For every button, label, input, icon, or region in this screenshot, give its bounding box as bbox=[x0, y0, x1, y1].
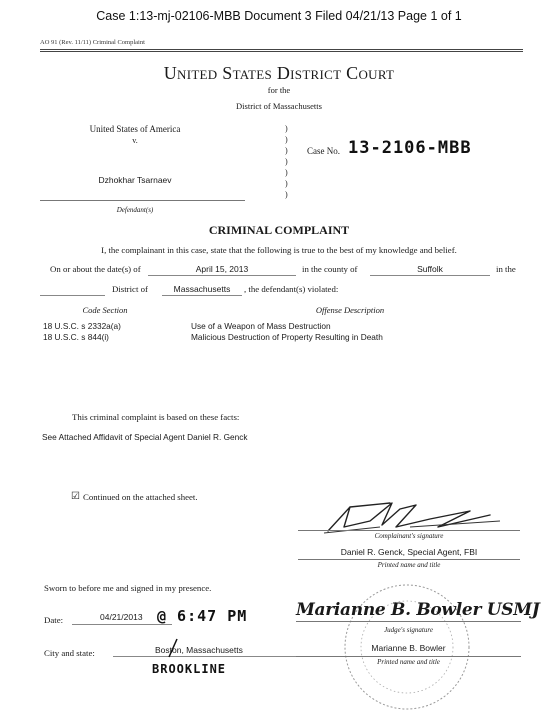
offense-date: April 15, 2013 bbox=[148, 264, 296, 274]
defendant-rule bbox=[40, 200, 245, 201]
city-handwritten-correction: BROOKLINE bbox=[152, 662, 226, 676]
city-state-blank bbox=[113, 656, 296, 657]
complainant-signature-label: Complainant's signature bbox=[298, 532, 520, 540]
city-state-label: City and state: bbox=[44, 648, 95, 658]
sworn-time-handwritten: @ 6:47 PM bbox=[157, 607, 247, 625]
code-section-cell: 18 U.S.C. s 2332a(a) bbox=[43, 321, 121, 331]
filing-header: Case 1:13-mj-02106-MBB Document 3 Filed … bbox=[0, 9, 558, 23]
case-number-label: Case No. bbox=[307, 146, 340, 156]
county-value: Suffolk bbox=[370, 264, 490, 274]
facts-intro: This criminal complaint is based on thes… bbox=[72, 412, 239, 422]
defendant-name: Dzhokhar Tsarnaev bbox=[60, 175, 210, 185]
case-number-value: 13-2106-MBB bbox=[348, 138, 472, 158]
versus: v. bbox=[60, 136, 210, 145]
district-blank bbox=[162, 295, 242, 296]
facts-body: See Attached Affidavit of Special Agent … bbox=[42, 432, 248, 442]
county-blank bbox=[370, 275, 490, 276]
complainant-name: Daniel R. Genck, Special Agent, FBI bbox=[298, 547, 520, 557]
district-of-label: District of bbox=[112, 284, 148, 294]
caption-bracket: ) bbox=[285, 135, 288, 144]
county-label: in the county of bbox=[302, 264, 357, 274]
offense-description-cell: Malicious Destruction of Property Result… bbox=[191, 332, 383, 342]
continued-label: Continued on the attached sheet. bbox=[83, 492, 198, 502]
court-district: District of Massachusetts bbox=[0, 101, 558, 111]
district-prefix-blank bbox=[40, 295, 105, 296]
caption-bracket: ) bbox=[285, 190, 288, 199]
caption-bracket: ) bbox=[285, 168, 288, 177]
in-the-label: in the bbox=[496, 264, 516, 274]
caption-bracket: ) bbox=[285, 157, 288, 166]
sworn-statement: Sworn to before me and signed in my pres… bbox=[44, 583, 211, 593]
sworn-date: 04/21/2013 bbox=[100, 612, 143, 622]
court-title: United States District Court bbox=[0, 63, 558, 84]
complainant-name-label: Printed name and title bbox=[298, 561, 520, 569]
judge-signature: Marianne B. Bowler USMJ bbox=[296, 600, 539, 620]
violated-label: , the defendant(s) violated: bbox=[244, 284, 338, 294]
offense-description-cell: Use of a Weapon of Mass Destruction bbox=[191, 321, 331, 331]
judge-name: Marianne B. Bowler bbox=[296, 643, 521, 653]
complainant-signature bbox=[320, 497, 520, 537]
defendant-label: Defendant(s) bbox=[60, 206, 210, 214]
complaint-title: CRIMINAL COMPLAINT bbox=[0, 223, 558, 238]
caption-bracket: ) bbox=[285, 146, 288, 155]
court-for-the: for the bbox=[0, 85, 558, 95]
code-section-header: Code Section bbox=[60, 305, 150, 315]
complainant-signature-rule bbox=[298, 530, 520, 531]
judge-name-label: Printed name and title bbox=[296, 658, 521, 666]
judge-signature-rule bbox=[296, 621, 521, 622]
caption-bracket: ) bbox=[285, 179, 288, 188]
on-or-about-label: On or about the date(s) of bbox=[50, 264, 141, 274]
judge-signature-label: Judge's signature bbox=[296, 626, 521, 634]
district-value: Massachusetts bbox=[162, 284, 242, 294]
strikethrough-mark bbox=[167, 638, 179, 658]
offense-date-blank bbox=[148, 275, 296, 276]
complaint-intro: I, the complainant in this case, state t… bbox=[0, 245, 558, 255]
code-section-cell: 18 U.S.C. s 844(i) bbox=[43, 332, 109, 342]
header-rule bbox=[40, 49, 523, 52]
caption-bracket: ) bbox=[285, 124, 288, 133]
form-id: AO 91 (Rev. 11/11) Criminal Complaint bbox=[40, 39, 145, 46]
complainant-name-rule bbox=[298, 559, 520, 560]
continued-checkbox[interactable]: ☑ bbox=[71, 491, 80, 502]
plaintiff-name: United States of America bbox=[60, 124, 210, 134]
sworn-date-label: Date: bbox=[44, 615, 63, 625]
offense-description-header: Offense Description bbox=[290, 305, 410, 315]
judge-name-rule bbox=[296, 656, 521, 657]
